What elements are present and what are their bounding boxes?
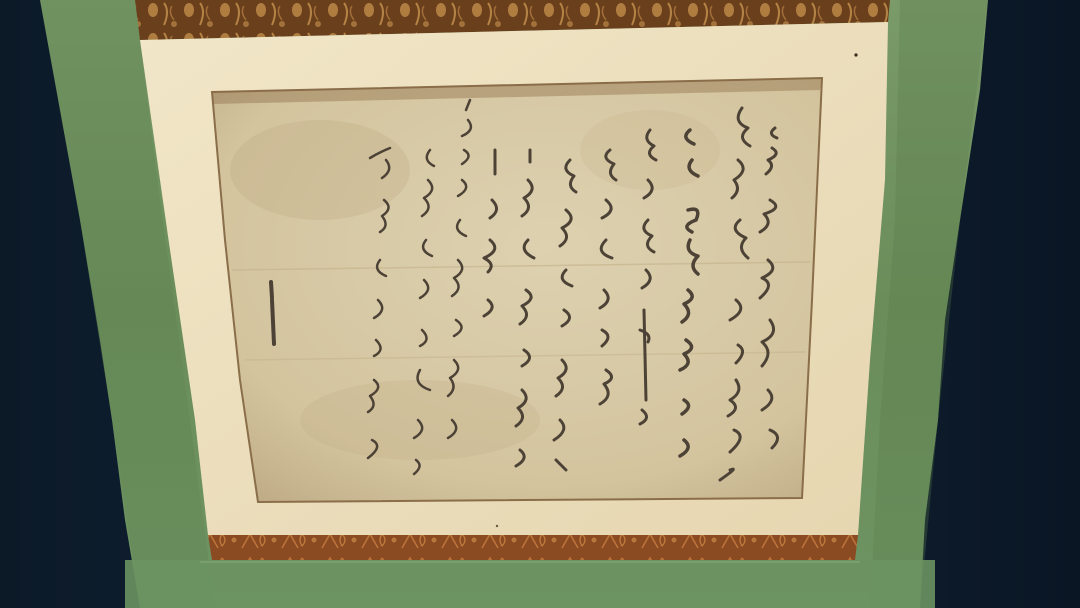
photo-scene xyxy=(0,0,1080,608)
scroll-photograph xyxy=(0,0,1080,608)
bottom-brocade-strip xyxy=(208,535,858,560)
lower-green-band xyxy=(125,560,935,608)
